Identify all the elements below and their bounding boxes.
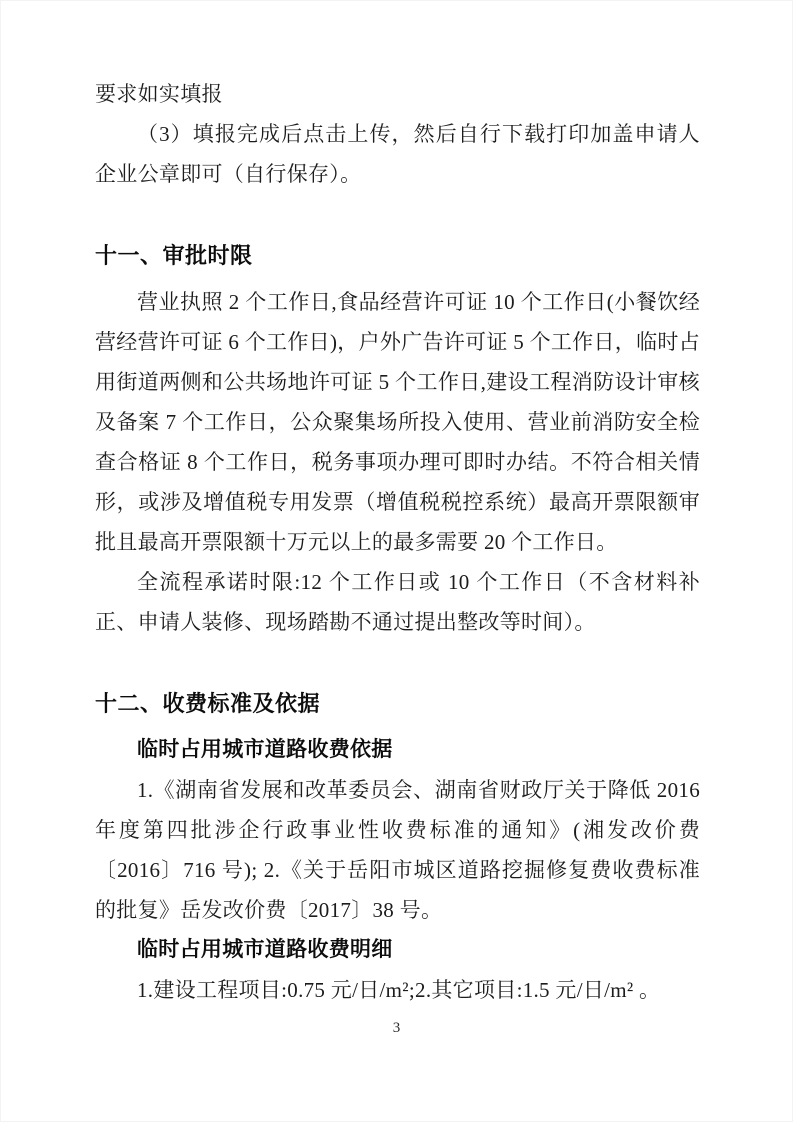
fee-detail-paragraph: 1.建设工程项目:0.75 元/日/m²;2.其它项目:1.5 元/日/m² 。 — [95, 970, 700, 1010]
paragraph-continuation: 要求如实填报 — [95, 74, 700, 114]
page-number: 3 — [0, 1020, 793, 1037]
section-11-paragraph-overall-limit: 全流程承诺时限:12 个工作日或 10 个工作日（不含材料补正、申请人装修、现场… — [95, 562, 700, 642]
section-11-heading: 十一、审批时限 — [95, 236, 700, 276]
paragraph-upload-step: （3）填报完成后点击上传，然后自行下载打印加盖申请人企业公章即可（自行保存）。 — [95, 114, 700, 194]
section-11-paragraph-time-limits: 营业执照 2 个工作日,食品经营许可证 10 个工作日(小餐饮经营经营许可证 6… — [95, 282, 700, 562]
fee-basis-subheading: 临时占用城市道路收费依据 — [95, 730, 700, 770]
document-content: 要求如实填报 （3）填报完成后点击上传，然后自行下载打印加盖申请人企业公章即可（… — [95, 74, 700, 1010]
fee-detail-subheading: 临时占用城市道路收费明细 — [95, 930, 700, 970]
document-page: 要求如实填报 （3）填报完成后点击上传，然后自行下载打印加盖申请人企业公章即可（… — [0, 0, 793, 1122]
fee-basis-paragraph: 1.《湖南省发展和改革委员会、湖南省财政厅关于降低 2016 年度第四批涉企行政… — [95, 770, 700, 930]
section-12-heading: 十二、收费标准及依据 — [95, 684, 700, 724]
